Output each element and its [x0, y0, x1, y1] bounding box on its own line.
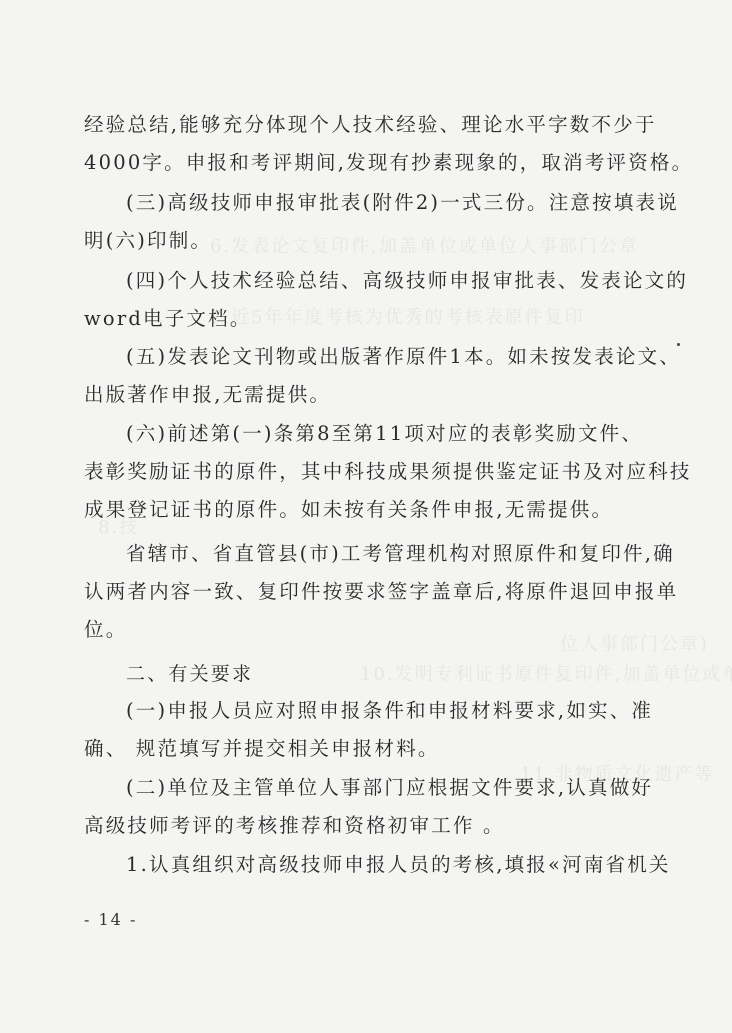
text-line: 省辖市、省直管县(市)工考管理机构对照原件和复印件,确	[126, 541, 675, 567]
text-line: (四)个人技术经验总结、高级技师申报审批表、发表论文的	[126, 268, 688, 294]
text-line: 高级技师考评的考核推荐和资格初审工作 。	[84, 813, 505, 839]
text-line: word电子文档。	[84, 306, 252, 332]
text-line: 1.认真组织对高级技师申报人员的考核,填报«河南省机关	[126, 852, 671, 878]
speck	[677, 343, 680, 346]
text-line: 位。	[84, 617, 127, 643]
text-line: 认两者内容一致、复印件按要求签字盖章后,将原件退回申报单	[84, 579, 678, 605]
section-heading: 二、有关要求	[126, 661, 253, 687]
bleed-through-text: 位人事部门公章)	[560, 630, 709, 656]
text-line: (六)前述第(一)条第8至第11项对应的表彰奖励文件、	[126, 421, 643, 447]
text-line: (一)申报人员应对照申报条件和申报材料要求,如实、准	[126, 698, 653, 724]
text-line: 4000字。申报和考评期间,发现有抄素现象的，取消考评资格。	[84, 150, 693, 176]
document-page: 6.发表论文复印件,加盖单位或单位人事部门公章 7.近5年年度考核为优秀的考核表…	[0, 0, 732, 1033]
text-line: 明(六)印制。	[84, 228, 212, 254]
bleed-through-text: 7.近5年年度考核为优秀的考核表原件复印	[210, 303, 585, 329]
text-line: 成果登记证书的原件。如未按有关条件申报,无需提供。	[84, 497, 613, 523]
text-line: 经验总结,能够充分体现个人技术经验、理论水平字数不少于	[84, 112, 657, 138]
page-number: - 14 -	[84, 910, 137, 929]
text-line: 出版著作申报,无需提供。	[84, 382, 331, 408]
text-line: (五)发表论文刊物或出版著作原件1本。如未按发表论文、	[126, 344, 681, 370]
text-line: (二)单位及主管单位人事部门应根据文件要求,认真做好	[126, 775, 653, 801]
bleed-through-text: 10.发明专利证书原件复印件,加盖单位或单位人事部门公	[360, 660, 732, 686]
bleed-through-text: 6.发表论文复印件,加盖单位或单位人事部门公章	[210, 232, 639, 258]
text-line: (三)高级技师申报审批表(附件2)一式三份。注意按填表说	[126, 190, 679, 216]
text-line: 确、 规范填写并提交相关申报材料。	[84, 736, 440, 762]
text-line: 表彰奖励证书的原件，其中科技成果须提供鉴定证书及对应科技	[84, 459, 692, 485]
